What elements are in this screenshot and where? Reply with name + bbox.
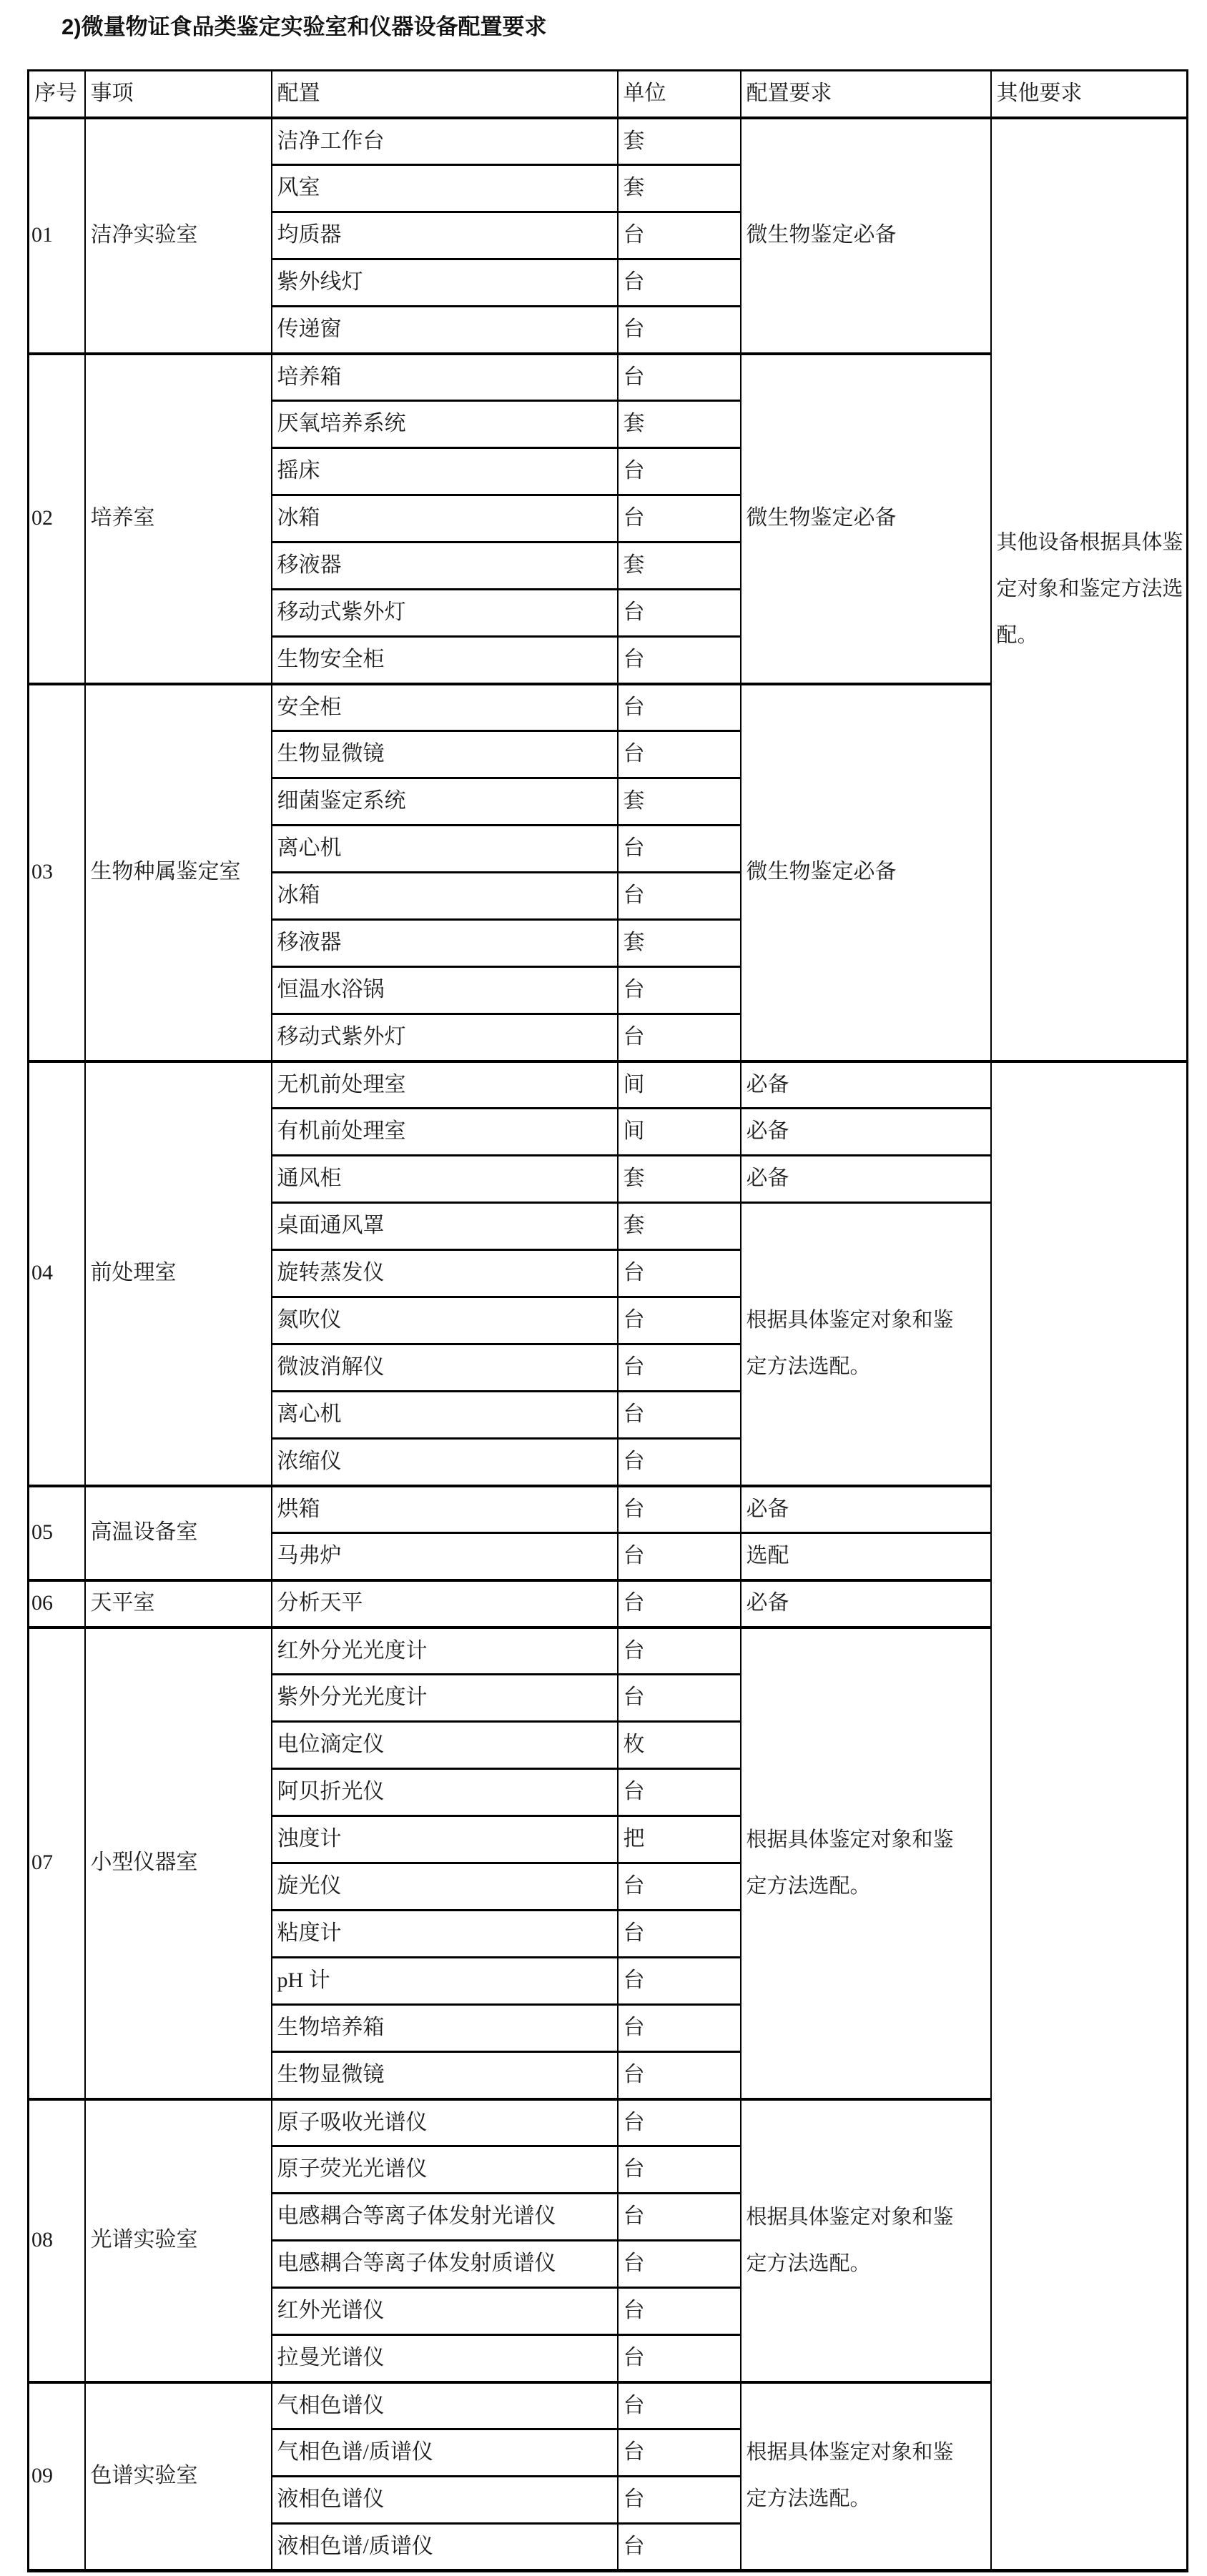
- document-page: 2)微量物证食品类鉴定实验室和仪器设备配置要求 序号 事项 配置 单位 配置要求…: [0, 0, 1207, 2576]
- cell-config: 洁净工作台: [272, 118, 618, 165]
- cell-unit: 台: [618, 826, 741, 873]
- cell-unit: 台: [618, 2052, 741, 2099]
- cell-unit: 台: [618, 1675, 741, 1722]
- cell-config-requirement: 微生物鉴定必备: [741, 684, 991, 1061]
- cell-unit: 台: [618, 2382, 741, 2429]
- cell-config: 无机前处理室: [272, 1061, 618, 1109]
- cell-unit: 台: [618, 684, 741, 731]
- cell-config: 电感耦合等离子体发射光谱仪: [272, 2194, 618, 2241]
- table-header-row: 序号 事项 配置 单位 配置要求 其他要求: [29, 71, 1188, 118]
- col-header-item: 事项: [85, 71, 272, 118]
- cell-unit: 台: [618, 1439, 741, 1486]
- cell-config-requirement: 微生物鉴定必备: [741, 118, 991, 354]
- cell-serial-no: 05: [29, 1486, 85, 1580]
- col-header-unit: 单位: [618, 71, 741, 118]
- cell-unit: 台: [618, 2194, 741, 2241]
- cell-unit: 台: [618, 731, 741, 778]
- cell-unit: 台: [618, 2429, 741, 2477]
- cell-config: 移动式紫外灯: [272, 590, 618, 637]
- cell-config: 传递窗: [272, 307, 618, 354]
- cell-config: 气相色谱/质谱仪: [272, 2429, 618, 2477]
- cell-config: 原子荧光光谱仪: [272, 2146, 618, 2194]
- cell-config: 厌氧培养系统: [272, 401, 618, 448]
- cell-config: 液相色谱仪: [272, 2477, 618, 2524]
- cell-serial-no: 02: [29, 354, 85, 684]
- cell-item-name: 光谱实验室: [85, 2099, 272, 2382]
- cell-unit: 台: [618, 1628, 741, 1675]
- cell-config: 移动式紫外灯: [272, 1014, 618, 1061]
- cell-unit: 台: [618, 2241, 741, 2288]
- cell-config: 生物培养箱: [272, 2005, 618, 2052]
- cell-unit: 台: [618, 2146, 741, 2194]
- cell-config-requirement: 根据具体鉴定对象和鉴 定方法选配。: [741, 1203, 991, 1486]
- cell-unit: 台: [618, 967, 741, 1014]
- cell-config: 氮吹仪: [272, 1297, 618, 1344]
- cell-config: 紫外线灯: [272, 259, 618, 307]
- cell-serial-no: 06: [29, 1580, 85, 1628]
- cell-unit: 台: [618, 448, 741, 495]
- cell-config: 电位滴定仪: [272, 1722, 618, 1769]
- cell-config: 生物安全柜: [272, 637, 618, 684]
- cell-config: 冰箱: [272, 873, 618, 920]
- cell-config: 安全柜: [272, 684, 618, 731]
- cell-other-requirement: 其他设备根据具体鉴 定对象和鉴定方法选 配。: [991, 118, 1188, 1061]
- cell-unit: 套: [618, 118, 741, 165]
- cell-config: 桌面通风罩: [272, 1203, 618, 1250]
- cell-unit: 台: [618, 1297, 741, 1344]
- cell-item-name: 洁净实验室: [85, 118, 272, 354]
- cell-config: 拉曼光谱仪: [272, 2335, 618, 2382]
- cell-config: 微波消解仪: [272, 1344, 618, 1392]
- col-header-configuration: 配置: [272, 71, 618, 118]
- cell-unit: 台: [618, 1014, 741, 1061]
- cell-serial-no: 08: [29, 2099, 85, 2382]
- cell-unit: 台: [618, 259, 741, 307]
- cell-serial-no: 04: [29, 1061, 85, 1486]
- col-header-serial-no: 序号: [29, 71, 85, 118]
- cell-config: 摇床: [272, 448, 618, 495]
- cell-unit: 间: [618, 1109, 741, 1156]
- cell-item-name: 色谱实验室: [85, 2382, 272, 2571]
- cell-config: 细菌鉴定系统: [272, 778, 618, 826]
- cell-config: 冰箱: [272, 495, 618, 543]
- cell-config-requirement: 微生物鉴定必备: [741, 354, 991, 684]
- cell-unit: 台: [618, 1911, 741, 1958]
- cell-unit: 枚: [618, 1722, 741, 1769]
- cell-config: 浓缩仪: [272, 1439, 618, 1486]
- cell-config-requirement: 根据具体鉴定对象和鉴 定方法选配。: [741, 1628, 991, 2099]
- cell-unit: 台: [618, 307, 741, 354]
- cell-unit: 台: [618, 354, 741, 401]
- cell-unit: 台: [618, 2335, 741, 2382]
- cell-config-requirement: 根据具体鉴定对象和鉴 定方法选配。: [741, 2382, 991, 2571]
- cell-unit: 台: [618, 1580, 741, 1628]
- cell-config: 离心机: [272, 826, 618, 873]
- cell-unit: 台: [618, 1958, 741, 2005]
- cell-config: 分析天平: [272, 1580, 618, 1628]
- cell-config: 液相色谱/质谱仪: [272, 2524, 618, 2571]
- cell-config: 电感耦合等离子体发射质谱仪: [272, 2241, 618, 2288]
- cell-config: 离心机: [272, 1392, 618, 1439]
- cell-config: 旋转蒸发仪: [272, 1250, 618, 1297]
- cell-config: 马弗炉: [272, 1533, 618, 1580]
- cell-unit: 台: [618, 2524, 741, 2571]
- cell-config: 生物显微镜: [272, 731, 618, 778]
- cell-config: 红外分光光度计: [272, 1628, 618, 1675]
- cell-unit: 台: [618, 1533, 741, 1580]
- cell-item-name: 小型仪器室: [85, 1628, 272, 2099]
- cell-config: 原子吸收光谱仪: [272, 2099, 618, 2146]
- cell-unit: 台: [618, 495, 741, 543]
- cell-unit: 台: [618, 2477, 741, 2524]
- cell-serial-no: 01: [29, 118, 85, 354]
- cell-config: 紫外分光光度计: [272, 1675, 618, 1722]
- cell-config: 阿贝折光仪: [272, 1769, 618, 1816]
- cell-unit: 台: [618, 2099, 741, 2146]
- page-title: 2)微量物证食品类鉴定实验室和仪器设备配置要求: [61, 9, 547, 41]
- cell-unit: 台: [618, 212, 741, 259]
- cell-serial-no: 03: [29, 684, 85, 1061]
- cell-config: pH 计: [272, 1958, 618, 2005]
- cell-unit: 台: [618, 1769, 741, 1816]
- cell-config-requirement: 根据具体鉴定对象和鉴 定方法选配。: [741, 2099, 991, 2382]
- cell-item-name: 前处理室: [85, 1061, 272, 1486]
- cell-unit: 台: [618, 1863, 741, 1911]
- cell-config-requirement: 必备: [741, 1061, 991, 1109]
- cell-item-name: 天平室: [85, 1580, 272, 1628]
- cell-config: 移液器: [272, 920, 618, 967]
- cell-item-name: 生物种属鉴定室: [85, 684, 272, 1061]
- col-header-other-requirement: 其他要求: [991, 71, 1188, 118]
- cell-config-requirement: 必备: [741, 1580, 991, 1628]
- cell-item-name: 培养室: [85, 354, 272, 684]
- cell-config: 恒温水浴锅: [272, 967, 618, 1014]
- cell-unit: 台: [618, 873, 741, 920]
- cell-unit: 台: [618, 2005, 741, 2052]
- cell-other-requirement: [991, 1061, 1188, 2571]
- cell-unit: 套: [618, 1156, 741, 1203]
- cell-config: 气相色谱仪: [272, 2382, 618, 2429]
- cell-config: 通风柜: [272, 1156, 618, 1203]
- table-row: 01洁净实验室洁净工作台套微生物鉴定必备其他设备根据具体鉴 定对象和鉴定方法选 …: [29, 118, 1188, 165]
- cell-unit: 套: [618, 920, 741, 967]
- equipment-config-table: 序号 事项 配置 单位 配置要求 其他要求 01洁净实验室洁净工作台套微生物鉴定…: [27, 69, 1188, 2572]
- cell-unit: 台: [618, 590, 741, 637]
- cell-unit: 套: [618, 778, 741, 826]
- cell-config: 烘箱: [272, 1486, 618, 1533]
- cell-unit: 台: [618, 637, 741, 684]
- cell-item-name: 高温设备室: [85, 1486, 272, 1580]
- cell-config: 风室: [272, 165, 618, 212]
- cell-config: 有机前处理室: [272, 1109, 618, 1156]
- cell-serial-no: 09: [29, 2382, 85, 2571]
- cell-unit: 间: [618, 1061, 741, 1109]
- cell-config: 生物显微镜: [272, 2052, 618, 2099]
- cell-unit: 套: [618, 1203, 741, 1250]
- cell-config-requirement: 必备: [741, 1156, 991, 1203]
- cell-serial-no: 07: [29, 1628, 85, 2099]
- cell-config-requirement: 必备: [741, 1109, 991, 1156]
- cell-unit: 台: [618, 1250, 741, 1297]
- cell-config-requirement: 选配: [741, 1533, 991, 1580]
- cell-config: 粘度计: [272, 1911, 618, 1958]
- cell-unit: 把: [618, 1816, 741, 1863]
- cell-config: 移液器: [272, 543, 618, 590]
- cell-unit: 台: [618, 1344, 741, 1392]
- cell-unit: 套: [618, 401, 741, 448]
- cell-unit: 台: [618, 2288, 741, 2335]
- cell-config: 红外光谱仪: [272, 2288, 618, 2335]
- cell-config: 均质器: [272, 212, 618, 259]
- cell-unit: 套: [618, 165, 741, 212]
- cell-unit: 台: [618, 1392, 741, 1439]
- col-header-config-requirement: 配置要求: [741, 71, 991, 118]
- cell-unit: 套: [618, 543, 741, 590]
- cell-config: 浊度计: [272, 1816, 618, 1863]
- cell-config-requirement: 必备: [741, 1486, 991, 1533]
- cell-unit: 台: [618, 1486, 741, 1533]
- cell-config: 培养箱: [272, 354, 618, 401]
- table-row: 04前处理室无机前处理室间必备: [29, 1061, 1188, 1109]
- cell-config: 旋光仪: [272, 1863, 618, 1911]
